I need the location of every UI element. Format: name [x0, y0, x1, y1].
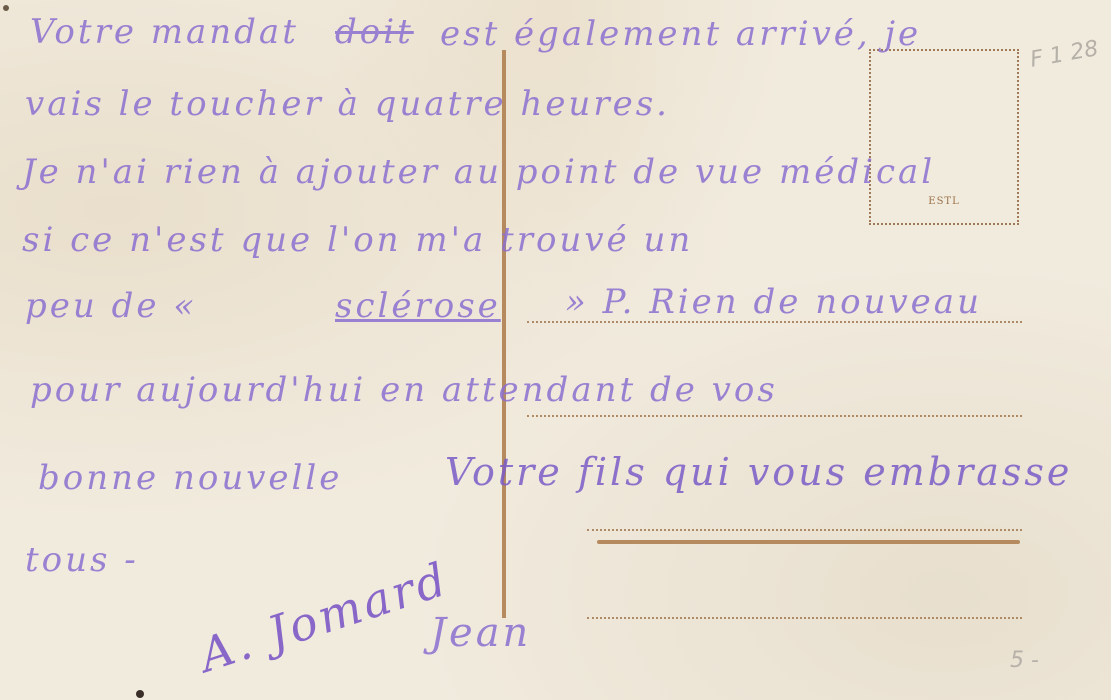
address-line-4 — [587, 617, 1022, 619]
center-divider-line — [502, 50, 506, 618]
signature-right: Jean — [430, 610, 531, 656]
pencil-mark-top-right: F 1 28 — [1028, 36, 1100, 73]
message-line-1a: Votre mandat — [30, 12, 299, 52]
message-line-4: si ce n'est que l'on m'a trouvé un — [22, 220, 693, 260]
message-line-8: tous - — [25, 540, 139, 580]
stamp-placeholder-box: ESTL — [869, 49, 1019, 225]
address-line-2 — [527, 415, 1022, 417]
message-line-3: Je n'ai rien à ajouter au point de vue m… — [22, 152, 935, 192]
signature-left: A. Jomard — [193, 551, 455, 682]
ink-spot — [136, 690, 144, 698]
pencil-mark-bottom-right: 5 - — [1010, 648, 1039, 673]
message-line-2: vais le toucher à quatre heures. — [25, 84, 670, 124]
stamp-box-label: ESTL — [871, 196, 1017, 207]
address-underline-solid — [597, 540, 1020, 544]
postcard-back: ESTL Votre mandat doit est également arr… — [0, 0, 1111, 700]
corner-spot — [3, 5, 9, 11]
message-line-6: pour aujourd'hui en attendant de vos — [30, 370, 778, 410]
message-line-5a: peu de « — [25, 286, 197, 326]
message-line-1c: est également arrivé, je — [440, 14, 921, 54]
message-line-5c: » P. Rien de nouveau — [565, 282, 982, 322]
message-line-1b-struck: doit — [335, 12, 414, 52]
message-line-7b: Votre fils qui vous embrasse — [445, 450, 1072, 494]
message-line-7a: bonne nouvelle — [38, 458, 342, 498]
message-line-5b-underlined: sclérose — [335, 286, 501, 326]
address-line-3 — [587, 529, 1022, 531]
